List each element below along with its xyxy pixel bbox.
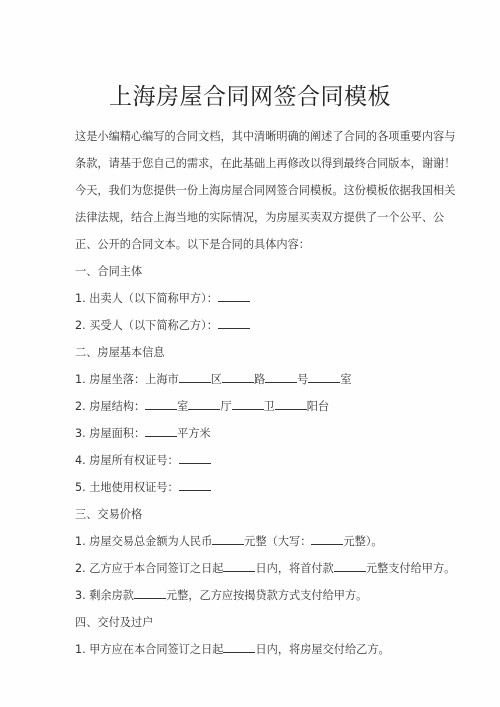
clause-line: 4. 房屋所有权证号： [75,453,211,469]
clause-text: 厅 [220,400,231,413]
clause-line: 1. 房屋坐落：上海市区路号室 [75,372,352,388]
fill-blank [334,561,366,572]
clause-line: 5. 土地使用权证号： [75,480,211,496]
document-page: 上海房屋合同网签合同模板 这是小编精心编写的合同文档，其中清晰明确的阐述了合同的… [0,0,500,707]
intro-line: 条款，请基于您自己的需求，在此基础上再修改以得到最终合同版本，谢谢！ [75,156,455,172]
clause-line: 3. 剩余房款元整，乙方应按揭贷款方式支付给甲方。 [75,588,367,604]
fill-blank [232,399,264,410]
clause-text: 元整，乙方应按揭贷款方式支付给甲方。 [166,589,367,602]
clause-text: 1. 房屋交易总金额为人民币 [75,535,212,548]
clause-text: 平方米 [177,427,211,440]
fill-blank [223,561,255,572]
fill-blank [222,372,254,383]
clause-text: 阳台 [307,400,329,413]
clause-text: 路 [254,373,265,386]
clause-line: 2. 买受人（以下简称乙方）： [75,318,250,334]
clause-text: 4. 房屋所有权证号： [75,454,179,467]
fill-blank [218,318,250,329]
clause-text: 1. 甲方应在本合同签订之日起 [75,643,223,656]
intro-line: 这是小编精心编写的合同文档，其中清晰明确的阐述了合同的各项重要内容与 [75,129,455,145]
intro-line: 今天，我们为您提供一份上海房屋合同网签合同模板。这份模板依据我国相关 [75,183,455,199]
clause-text: 3. 剩余房款 [75,589,134,602]
clause-text: 2. 乙方应于本合同签订之日起 [75,562,223,575]
fill-blank [188,399,220,410]
intro-line: 正、公开的合同文本。以下是合同的具体内容： [75,237,310,253]
clause-text: 3. 房屋面积： [75,427,145,440]
fill-blank [311,534,343,545]
clause-text: 号 [297,373,308,386]
clause-text: 日内，将房屋交付给乙方。 [255,643,389,656]
clause-text: 元整支付给甲方。 [366,562,456,575]
clause-line: 1. 出卖人（以下简称甲方）： [75,291,250,307]
clause-line: 2. 乙方应于本合同签订之日起日内，将首付款元整支付给甲方。 [75,561,455,577]
clause-text: 1. 出卖人（以下简称甲方）： [75,292,218,305]
fill-blank [308,372,340,383]
clause-text: 1. 房屋坐落：上海市 [75,373,179,386]
section-heading: 四、交付及过户 [75,615,153,631]
fill-blank [179,480,211,491]
clause-text: 2. 房屋结构： [75,400,145,413]
clause-text: 2. 买受人（以下简称乙方）： [75,319,218,332]
clause-line: 3. 房屋面积：平方米 [75,426,211,442]
intro-line: 法律法规，结合上海当地的实际情况，为房屋买卖双方提供了一个公平、公 [75,210,444,226]
fill-blank [145,426,177,437]
clause-text: 元整（大写： [244,535,311,548]
clause-text: 5. 土地使用权证号： [75,481,179,494]
clause-text: 室 [177,400,188,413]
clause-text: 卫 [264,400,275,413]
section-heading: 三、交易价格 [75,507,142,523]
fill-blank [134,588,166,599]
clause-line: 1. 甲方应在本合同签订之日起日内，将房屋交付给乙方。 [75,642,390,658]
fill-blank [265,372,297,383]
clause-text: 日内，将首付款 [255,562,333,575]
fill-blank [179,453,211,464]
section-heading: 二、房屋基本信息 [75,345,165,361]
clause-line: 2. 房屋结构：室厅卫阳台 [75,399,329,415]
fill-blank [212,534,244,545]
document-title: 上海房屋合同网签合同模板 [0,82,500,112]
clause-line: 1. 房屋交易总金额为人民币元整（大写：元整）。 [75,534,383,550]
clause-text: 区 [211,373,222,386]
fill-blank [145,399,177,410]
fill-blank [218,291,250,302]
section-heading: 一、合同主体 [75,264,142,280]
clause-text: 室 [340,373,351,386]
fill-blank [223,642,255,653]
clause-text: 元整）。 [343,535,382,548]
fill-blank [275,399,307,410]
fill-blank [179,372,211,383]
